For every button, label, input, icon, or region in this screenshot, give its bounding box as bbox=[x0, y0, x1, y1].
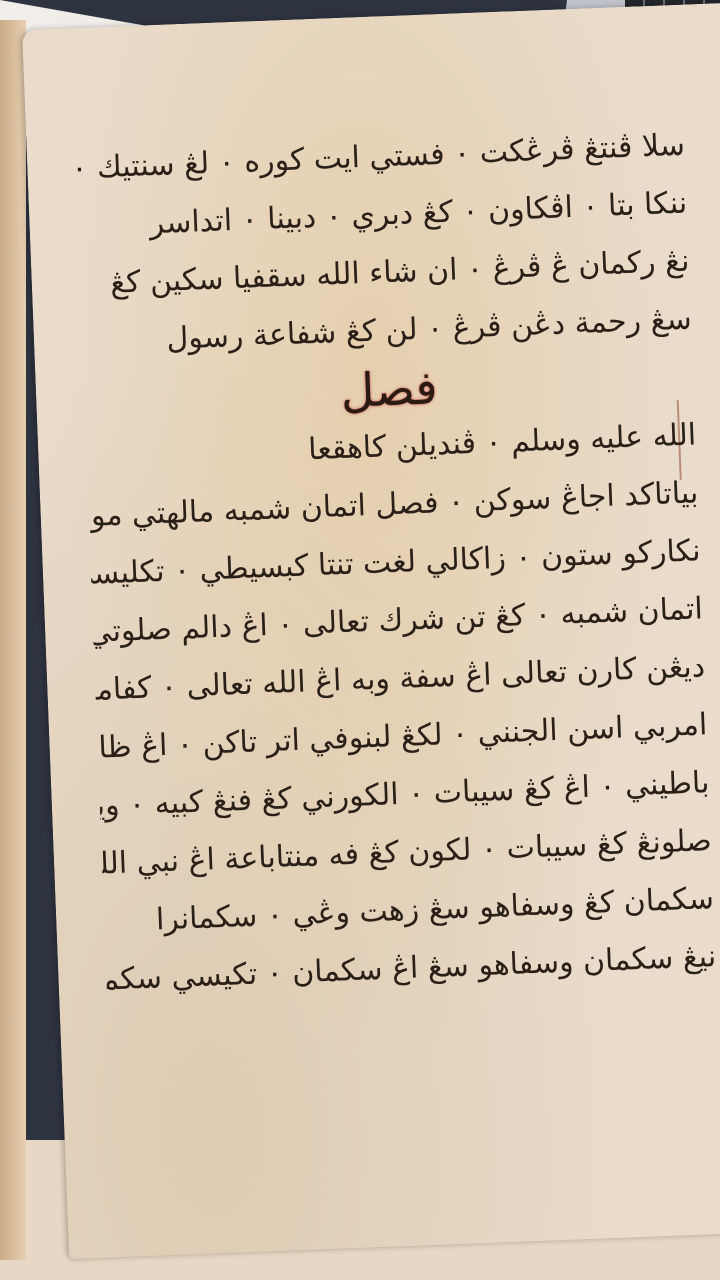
facing-page-edge bbox=[0, 20, 26, 1260]
manuscript-text-block: سلا ڤنتڠ ڤرڠكت ٠ فستي ايت كوره ٠ لڠ سنتي… bbox=[74, 117, 717, 1010]
manuscript-page: سلا ڤنتڠ ڤرڠكت ٠ فستي ايت كوره ٠ لڠ سنتي… bbox=[22, 2, 720, 1260]
